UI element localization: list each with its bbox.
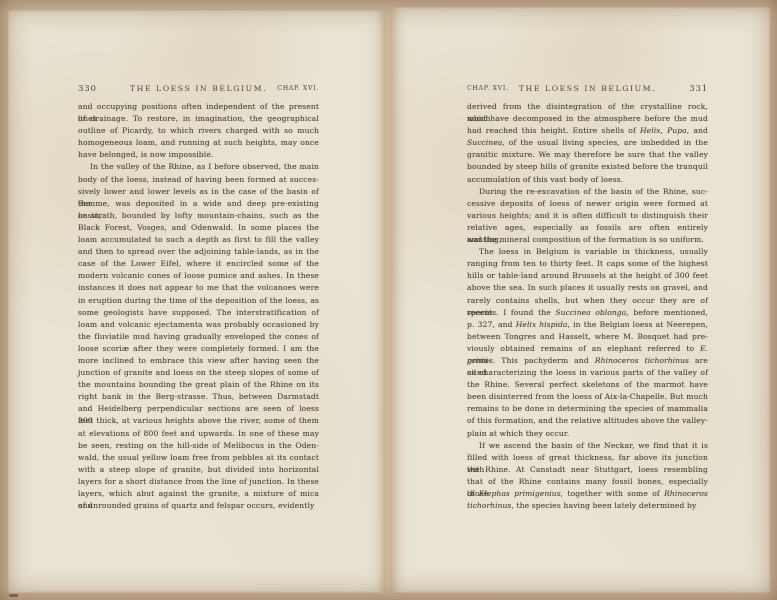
paragraph: If we ascend the basin of the Neckar, we…	[467, 440, 708, 513]
text-line: more inclined to embrace this view after…	[78, 355, 319, 367]
text-line: loose scoriæ after they were completely …	[78, 343, 319, 355]
text-line: the fluviatile mud having gradually enve…	[78, 331, 319, 343]
text-line: of this formation, and the relative alti…	[467, 415, 708, 427]
text-line: The loess in Belgium is variable in thic…	[467, 246, 708, 258]
text-line: and the mineral composition of the forma…	[467, 234, 708, 246]
text-line: bounded by steep hills of granite existe…	[467, 161, 708, 173]
text-line: case of the Lower Eifel, where it encirc…	[78, 258, 319, 270]
text-line: rarely contains shells, but when they oc…	[467, 295, 708, 307]
page-body-right: derived from the disintegration of the c…	[467, 101, 708, 512]
text-line: body of the loess, instead of having bee…	[78, 174, 319, 186]
text-line: relative ages, especially as fossils are…	[467, 222, 708, 234]
paragraph: In the valley of the Rhine, as I before …	[78, 161, 319, 512]
text-line: feet thick, at various heights above the…	[78, 415, 319, 427]
text-line: be seen, resting on the hill-side of Mel…	[78, 440, 319, 452]
text-line: Black Forest, Vosges, and Odenwald. In s…	[78, 222, 319, 234]
text-line: hills or table-land around Brussels at t…	[467, 270, 708, 282]
text-line: between Tongres and Hasselt, where M. Bo…	[467, 331, 708, 343]
text-line: genius. This pachyderm and Rhinoceros ti…	[467, 355, 708, 367]
text-line: p. 327, and Helix hispida, in the Belgia…	[467, 319, 708, 331]
text-line: Succinea, of the usual living species, a…	[467, 137, 708, 149]
text-line: of Elephas primigenius, together with so…	[467, 488, 708, 500]
paragraph: and occupying positions often independen…	[78, 101, 319, 161]
page-body-left: and occupying positions often independen…	[78, 101, 319, 512]
text-line: accumulation of this vast body of loess.	[467, 174, 708, 186]
text-line: had reached this height. Entire shells o…	[467, 125, 708, 137]
text-line: layers, which abut against the granite, …	[78, 488, 319, 500]
text-line: that of the Rhine contains many fossil b…	[467, 476, 708, 488]
text-line: as characterizing the loess in various p…	[467, 367, 708, 379]
text-line: and Heidelberg perpendicular sections ar…	[78, 403, 319, 415]
text-line: modern volcanic cones of loose pumice an…	[78, 270, 319, 282]
text-line: viously obtained remains of an elephant …	[467, 343, 708, 355]
page-right-column: CHAP. XVI. THE LOESS IN BELGIUM. 331 der…	[467, 84, 708, 512]
page-header-right: CHAP. XVI. THE LOESS IN BELGIUM. 331	[467, 84, 708, 94]
text-line: the Rhine. At Canstadt near Stuttgart, l…	[467, 464, 708, 476]
paragraph: The loess in Belgium is variable in thic…	[467, 246, 708, 440]
text-line: wald, the usual yellow loam free from pe…	[78, 452, 319, 464]
text-line: the mountains bounding the great plain o…	[78, 379, 319, 391]
text-line: ranging from ten to thirty feet. It caps…	[467, 258, 708, 270]
text-line: some geologists have supposed. The inter…	[78, 307, 319, 319]
page-left-column: 330 THE LOESS IN BELGIUM. CHAP. XVI. and…	[78, 84, 319, 512]
text-line: the Rhine. Several perfect skeletons of …	[467, 379, 708, 391]
text-line: or strath, bounded by lofty mountain-cha…	[78, 210, 319, 222]
text-line: with a steep slope of granite, but divid…	[78, 464, 319, 476]
text-line: In the valley of the Rhine, as I before …	[78, 161, 319, 173]
text-line: junction of granite and loess on the ste…	[78, 367, 319, 379]
page-number-right: 331	[689, 84, 708, 94]
text-line: various heights; and it is often difficu…	[467, 210, 708, 222]
text-line: at elevations of 800 feet and upwards. I…	[78, 428, 319, 440]
text-line: species. I found the Succinea oblonga, b…	[467, 307, 708, 319]
text-line: sively lower and lower levels as in the …	[78, 186, 319, 198]
text-line: instances it does not appear to me that …	[78, 282, 319, 294]
text-line: cessive deposits of loess of newer origi…	[467, 198, 708, 210]
page-header-left: 330 THE LOESS IN BELGIUM. CHAP. XVI.	[78, 84, 319, 94]
text-line: of unrounded grains of quartz and felspa…	[78, 500, 319, 512]
text-line: in eruption during the time of the depos…	[78, 295, 319, 307]
edge-mark	[9, 594, 18, 597]
text-line: right bank in the Berg-strasse. Thus, be…	[78, 391, 319, 403]
page-right: CHAP. XVI. THE LOESS IN BELGIUM. 331 der…	[391, 7, 770, 593]
text-line: of drainage. To restore, in imagination,…	[78, 113, 319, 125]
text-line: plain at which they occur.	[467, 428, 708, 440]
page-left: 330 THE LOESS IN BELGIUM. CHAP. XVI. and…	[8, 10, 385, 593]
text-line: derived from the disintegration of the c…	[467, 101, 708, 113]
text-line: and occupying positions often independen…	[78, 101, 319, 113]
text-line: above the sea. In such places it usually…	[467, 282, 708, 294]
text-line: must have decomposed in the atmosphere b…	[467, 113, 708, 125]
paragraph: derived from the disintegration of the c…	[467, 101, 708, 186]
running-title-right: THE LOESS IN BELGIUM.	[467, 84, 708, 93]
text-line: have belonged, is now impossible.	[78, 149, 319, 161]
text-line: filled with loess of great thickness, fa…	[467, 452, 708, 464]
text-line: During the re-excavation of the basin of…	[467, 186, 708, 198]
text-line: Somme, was deposited in a wide and deep …	[78, 198, 319, 210]
paragraph: During the re-excavation of the basin of…	[467, 186, 708, 246]
text-line: granitic mixture. We may therefore be su…	[467, 149, 708, 161]
text-line: layers for a short distance from the lin…	[78, 476, 319, 488]
text-line: remains to be done in determining the sp…	[467, 403, 708, 415]
text-line: If we ascend the basin of the Neckar, we…	[467, 440, 708, 452]
text-line: loam accumulated to such a depth as firs…	[78, 234, 319, 246]
text-line: homogeneous loam, and running at such he…	[78, 137, 319, 149]
text-line: and then to spread over the adjoining ta…	[78, 246, 319, 258]
text-line: outline of Picardy, to which rivers char…	[78, 125, 319, 137]
book-spread: 330 THE LOESS IN BELGIUM. CHAP. XVI. and…	[0, 0, 777, 600]
chapter-label-left: CHAP. XVI.	[277, 85, 319, 92]
text-line: loam and volcanic ejectamenta was probab…	[78, 319, 319, 331]
text-line: tichorhinus, the species having been lat…	[467, 500, 708, 512]
text-line: been disinterred from the loess of Aix-l…	[467, 391, 708, 403]
